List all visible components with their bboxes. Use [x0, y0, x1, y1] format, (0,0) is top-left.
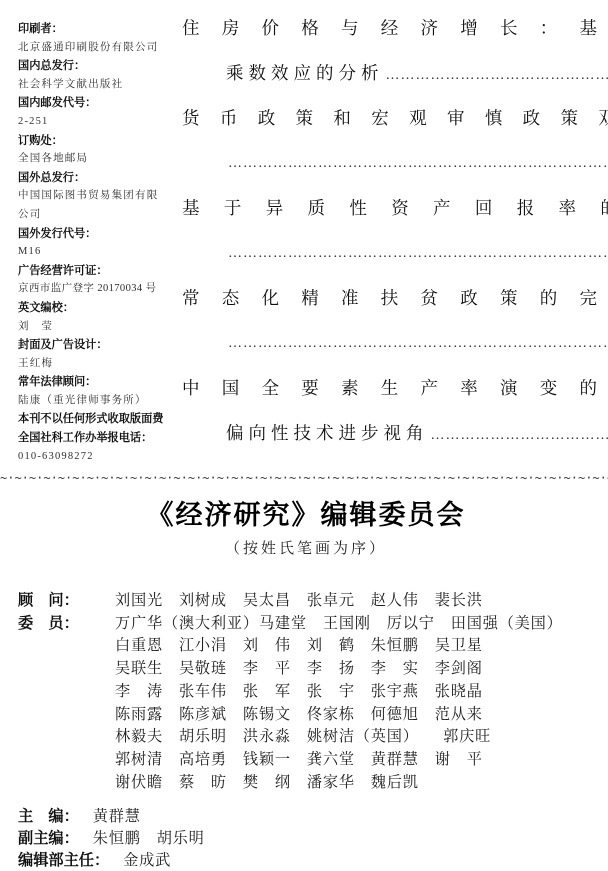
editorial-committee: 《经济研究》编辑委员会 （按姓氏笔画为序） 顾 问： 刘国光 刘树成 吴太昌 张…	[0, 484, 608, 871]
pub-value: M16	[18, 243, 168, 262]
advisors-row: 顾 问： 刘国光 刘树成 吴太昌 张卓元 赵人伟 裴长洪	[18, 590, 594, 613]
pub-value: 中国国际图书贸易集团有限公司	[18, 187, 168, 224]
pub-label: 英文编校：	[18, 299, 168, 318]
editorial-director-label: 编辑部主任：	[18, 850, 109, 871]
members-row: 委 员： 万广华（澳大利亚）马建堂 王国刚 厉以宁 田国强（美国）	[18, 613, 594, 636]
pub-value: 王红梅	[18, 355, 168, 374]
members-names: 林毅夫 胡乐明 洪永淼 姚树洁（英国） 郭庆旺	[115, 726, 491, 749]
table-of-contents: 住房价格与经济增长：基于中间品需求渠道及其 乘数效应的分析 侯成琪 肖雅慧(12…	[170, 0, 608, 472]
pub-item-printer: 印刷者： 北京盛通印刷股份有限公司	[18, 20, 168, 57]
members-names: 白重恩 江小涓 刘 伟 刘 鹤 朱恒鹏 吴卫星	[115, 635, 483, 658]
article-title: 货币政策和宏观审慎政策双支柱调控框架效应研究	[182, 96, 608, 141]
article-title: 常态化精准扶贫政策的完善：反福利依赖的视角	[182, 276, 608, 321]
dot-leader	[431, 413, 608, 458]
pub-label: 国外总发行：	[18, 169, 168, 188]
toc-entry: 货币政策和宏观审慎政策双支柱调控框架效应研究 刘泽琴 蔡宗武 方 颖(138)	[182, 96, 608, 186]
members-label: 委 员：	[18, 613, 115, 636]
pub-value: 京西市监广登字 20170034 号	[18, 280, 168, 299]
article-title: 住房价格与经济增长：基于中间品需求渠道及其	[182, 6, 608, 51]
article-title: 基于异质性资产回报率的中国财富不平等研究	[182, 186, 608, 231]
article-title-continued: 偏向性技术进步视角	[226, 411, 429, 456]
pub-value: 全国各地邮局	[18, 150, 168, 169]
pub-item-cover-design: 封面及广告设计： 王红梅	[18, 336, 168, 373]
pub-label: 国内邮发代号：	[18, 94, 168, 113]
members-row: 陈雨露 陈彦斌 陈锡文 佟家栋 何德旭 范从来	[18, 704, 594, 727]
article-line2: 乘数效应的分析 侯成琪 肖雅慧(120)	[182, 51, 608, 96]
members-names: 谢伏瞻 蔡 昉 樊 纲 潘家华 魏后凯	[115, 772, 419, 795]
toc-entry: 基于异质性资产回报率的中国财富不平等研究 郭 杰 陶凌峰(154)	[182, 186, 608, 276]
deputy-editors-row: 副主编： 朱恒鹏 胡乐明	[18, 828, 594, 850]
article-title: 中国全要素生产率演变的测度和多重效应分解：	[182, 366, 608, 411]
dot-leader	[228, 231, 608, 276]
pub-item-overseas-distributor: 国外总发行： 中国国际图书贸易集团有限公司	[18, 169, 168, 225]
members-names: 吴联生 吴敬琏 李 平 李 扬 李 实 李剑阁	[115, 658, 483, 681]
deputy-editors-names: 朱恒鹏 胡乐明	[93, 828, 205, 850]
pub-label: 本刊不以任何形式收取版面费	[18, 410, 168, 429]
members-row: 谢伏瞻 蔡 昉 樊 纲 潘家华 魏后凯	[18, 772, 594, 795]
pub-label: 封面及广告设计：	[18, 336, 168, 355]
dot-leader	[228, 321, 608, 366]
pub-item-postal-code: 国内邮发代号： 2-251	[18, 94, 168, 131]
pub-label: 全国社科工作办举报电话：	[18, 429, 168, 448]
members-row: 李 涛 张车伟 张 军 张 宇 张宇燕 张晓晶	[18, 681, 594, 704]
committee-subtitle: （按姓氏笔画为序）	[18, 538, 594, 560]
pub-label: 印刷者：	[18, 20, 168, 39]
deputy-editors-label: 副主编：	[18, 828, 79, 850]
journal-contents-page: 印刷者： 北京盛通印刷股份有限公司 国内总发行： 社会科学文献出版社 国内邮发代…	[0, 0, 608, 871]
members-names: 李 涛 张车伟 张 军 张 宇 张宇燕 张晓晶	[115, 681, 483, 704]
pub-value: 社会科学文献出版社	[18, 76, 168, 95]
pub-label: 广告经营许可证：	[18, 262, 168, 281]
members-names: 万广华（澳大利亚）马建堂 王国刚 厉以宁 田国强（美国）	[115, 613, 563, 636]
chief-editor-label: 主 编：	[18, 806, 79, 828]
article-line2: 偏向性技术进步视角 李小克 李小平(191)	[182, 411, 608, 456]
publisher-info-column: 印刷者： 北京盛通印刷股份有限公司 国内总发行： 社会科学文献出版社 国内邮发代…	[0, 0, 170, 472]
toc-entry: 常态化精准扶贫政策的完善：反福利依赖的视角 黄 薇 曹 杨(172)	[182, 276, 608, 366]
pub-item-overseas-code: 国外发行代号： M16	[18, 225, 168, 262]
pub-value: 010-63098272	[18, 448, 168, 467]
editorial-director-row: 编辑部主任： 金成武	[18, 850, 594, 871]
pub-item-legal-counsel: 常年法律顾问： 陆康（重光律师事务所）	[18, 373, 168, 410]
toc-entry: 住房价格与经济增长：基于中间品需求渠道及其 乘数效应的分析 侯成琪 肖雅慧(12…	[182, 6, 608, 96]
dot-leader	[386, 53, 608, 98]
pub-value: 刘 莹	[18, 318, 168, 337]
dot-leader	[228, 141, 608, 186]
top-section: 印刷者： 北京盛通印刷股份有限公司 国内总发行： 社会科学文献出版社 国内邮发代…	[0, 0, 608, 472]
pub-item-no-fee-notice: 本刊不以任何形式收取版面费	[18, 410, 168, 429]
pub-value: 2-251	[18, 113, 168, 132]
pub-item-english-editor: 英文编校： 刘 莹	[18, 299, 168, 336]
article-title-continued: 乘数效应的分析	[226, 51, 384, 96]
pub-value: 北京盛通印刷股份有限公司	[18, 39, 168, 58]
chief-editor-names: 黄群慧	[93, 806, 141, 828]
editorial-director-names: 金成武	[123, 850, 171, 871]
toc-entry: 中国全要素生产率演变的测度和多重效应分解： 偏向性技术进步视角 李小克 李小平(…	[182, 366, 608, 456]
members-row: 郭树清 高培勇 钱颖一 龚六堂 黄群慧 谢 平	[18, 749, 594, 772]
members-row: 林毅夫 胡乐明 洪永淼 姚树洁（英国） 郭庆旺	[18, 726, 594, 749]
advisors-label: 顾 问：	[18, 590, 115, 613]
members-row: 吴联生 吴敬琏 李 平 李 扬 李 实 李剑阁	[18, 658, 594, 681]
chief-editor-row: 主 编： 黄群慧	[18, 806, 594, 828]
article-line2: 郭 杰 陶凌峰(154)	[182, 231, 608, 276]
article-line2: 刘泽琴 蔡宗武 方 颖(138)	[182, 141, 608, 186]
pub-item-ad-license: 广告经营许可证： 京西市监广登字 20170034 号	[18, 262, 168, 299]
pub-item-report-hotline: 全国社科工作办举报电话： 010-63098272	[18, 429, 168, 466]
wavy-separator: ~·~·~·~·~·~·~·~·~·~·~·~·~·~·~·~·~·~·~·~·…	[0, 472, 608, 484]
committee-title: 《经济研究》编辑委员会	[18, 498, 594, 532]
pub-item-domestic-distributor: 国内总发行： 社会科学文献出版社	[18, 57, 168, 94]
committee-rows: 顾 问： 刘国光 刘树成 吴太昌 张卓元 赵人伟 裴长洪 委 员： 万广华（澳大…	[18, 590, 594, 794]
pub-label: 国外发行代号：	[18, 225, 168, 244]
pub-item-subscription: 订购处： 全国各地邮局	[18, 132, 168, 169]
article-line2: 黄 薇 曹 杨(172)	[182, 321, 608, 366]
committee-officers: 主 编： 黄群慧 副主编： 朱恒鹏 胡乐明 编辑部主任： 金成武	[18, 806, 594, 871]
advisors-names: 刘国光 刘树成 吴太昌 张卓元 赵人伟 裴长洪	[115, 590, 483, 613]
pub-label: 常年法律顾问：	[18, 373, 168, 392]
members-names: 陈雨露 陈彦斌 陈锡文 佟家栋 何德旭 范从来	[115, 704, 483, 727]
pub-label: 订购处：	[18, 132, 168, 151]
members-names: 郭树清 高培勇 钱颖一 龚六堂 黄群慧 谢 平	[115, 749, 483, 772]
pub-value: 陆康（重光律师事务所）	[18, 392, 168, 411]
pub-label: 国内总发行：	[18, 57, 168, 76]
members-row: 白重恩 江小涓 刘 伟 刘 鹤 朱恒鹏 吴卫星	[18, 635, 594, 658]
